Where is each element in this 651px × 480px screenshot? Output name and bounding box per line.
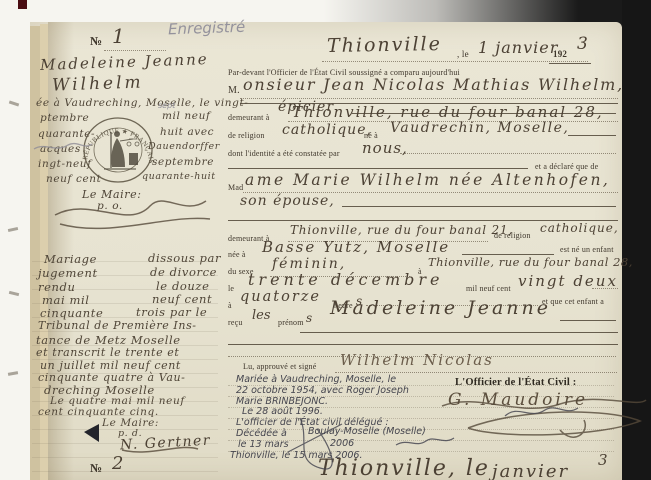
margin-marriage-po: p. o. [97, 200, 123, 212]
next-record-month: janvier [492, 461, 569, 480]
record-number-value: 1 [112, 24, 125, 48]
form-madame-label: Mad [228, 183, 243, 192]
form-religion2-label: de religion [494, 231, 531, 240]
margin-divorce-l5b: trois par le [136, 305, 207, 319]
margin-marriage-l5b: septembre [152, 156, 214, 168]
margin-divorce-l5a: cinquante [40, 306, 103, 320]
republique-francaise-stamp: RÉPUBLIQUE ★ FRANÇAISE [76, 108, 160, 192]
officier-label: L'Officier de l'État Civil : [455, 377, 576, 388]
form-residence2: Thionville, rue du four banal 21, [290, 223, 513, 237]
margin-divorce-l4a: mai mil [42, 293, 90, 307]
form-le-label: , le [457, 49, 469, 59]
scanner-background-top [0, 0, 622, 24]
margin-divorce-l3b: le douze [156, 279, 210, 293]
margin-divorce-l1b: dissous par [148, 251, 221, 265]
form-year-label: mil neuf cent [466, 284, 511, 293]
form-year-digit: 3 [577, 34, 588, 54]
margin-marriage-l4a: acques [40, 143, 81, 155]
marriage-mention-line2: 22 octobre 1954, avec Roger Joseph [236, 385, 409, 396]
margin-divorce-l6: Tribunal de Première Ins- [38, 319, 197, 332]
death-mention-line2b: 2006 [330, 438, 354, 449]
margin-divorce-l4b: neuf cent [152, 292, 212, 306]
red-binding-mark [18, 0, 27, 9]
form-hour-prefix: à [228, 301, 232, 310]
next-record-digit: 3 [598, 451, 608, 469]
form-prenom-label: prénom [278, 318, 304, 327]
form-m-label: M. [228, 85, 240, 96]
next-record-label: № [90, 461, 102, 476]
form-birthplace: Vaudrechin, Moselle, [390, 120, 569, 136]
death-mention-line2a: le 13 mars [238, 439, 289, 450]
form-les: les [252, 308, 271, 323]
form-year-printed: 192 [553, 49, 567, 59]
margin-divorce-l1a: Mariage [44, 252, 97, 266]
form-prenom-plural: s [306, 311, 312, 325]
form-child-suffix: et que cet enfant a [542, 297, 604, 306]
form-day-label: le [228, 284, 234, 293]
next-record-city: Thionville, le [318, 456, 490, 480]
margin-child-name-2: Wilhelm [52, 72, 144, 95]
death-mention-line1a: Décédée à [236, 428, 287, 439]
form-religion: catholique, [282, 122, 372, 138]
death-mention-line1b: Boulay-Moselle (Moselle) [308, 426, 426, 437]
officier-signature: G. Maudoire [448, 390, 588, 410]
form-hour: quatorze [240, 289, 321, 305]
form-identity-value: nous, [362, 139, 408, 157]
ink-blot [84, 424, 99, 442]
form-city: Thionville [327, 33, 442, 57]
form-child-names: Madeleine Jeanne [330, 297, 551, 319]
declarant-signature: Wilhelm Nicolas [340, 351, 494, 369]
margin-divorce-l7: tance de Metz Moselle [36, 333, 181, 347]
form-birthplace2: Basse Yutz, Moselle [262, 238, 450, 256]
pencil-note-sept: sept [158, 101, 175, 110]
form-spouse: son épouse, [240, 193, 335, 209]
form-birthplace2-label: née à [228, 250, 246, 259]
form-declared-label: et a déclaré que de [535, 162, 598, 171]
margin-divorce-l3a: rendu [38, 280, 75, 294]
form-recu-label: reçu [228, 318, 243, 327]
record-number-label: № [90, 34, 102, 49]
pencil-note-enregistre: Enregistré [168, 18, 246, 39]
margin-divorce-l2a: jugement [38, 266, 98, 280]
margin-marriage-l3b: huit avec [160, 126, 214, 138]
marriage-mention-line1: Mariée à Vaudreching, Moselle, le [236, 374, 396, 385]
form-birth-address: Thionville, rue du four banal 28, [428, 255, 633, 269]
form-residence: Thionville, rue du four banal 28, [292, 103, 604, 121]
form-date: 1 janvier [478, 38, 558, 57]
form-residence-label: demeurant à [228, 113, 270, 122]
form-identity-label: dont l'identité a été constatée par [228, 149, 340, 158]
form-lu-label: Lu, approuvé et signé [243, 362, 317, 371]
margin-divorce-l2b: de divorce [150, 265, 217, 279]
scanner-background-left [0, 0, 30, 480]
margin-divorce-l8: et transcrit le trente et [36, 346, 179, 359]
form-birth-day: trente décembre [248, 270, 444, 289]
form-childborn-label: est né un enfant [560, 245, 614, 254]
form-mother: ame Marie Wilhelm née Altenhofen, [245, 171, 610, 189]
register-scan: Enregistré № 1 Thionville , le 1 janvier… [0, 0, 651, 480]
form-religion-label: de religion [228, 131, 265, 140]
next-record-value: 2 [112, 453, 123, 474]
marriage-mention-line4: Le 28 août 1996. [242, 406, 323, 417]
margin-marriage-l2b: mil neuf [162, 110, 210, 122]
form-religion2: catholique, [540, 221, 619, 235]
form-declarant: onsieur Jean Nicolas Mathias Wilhelm, [243, 75, 624, 94]
